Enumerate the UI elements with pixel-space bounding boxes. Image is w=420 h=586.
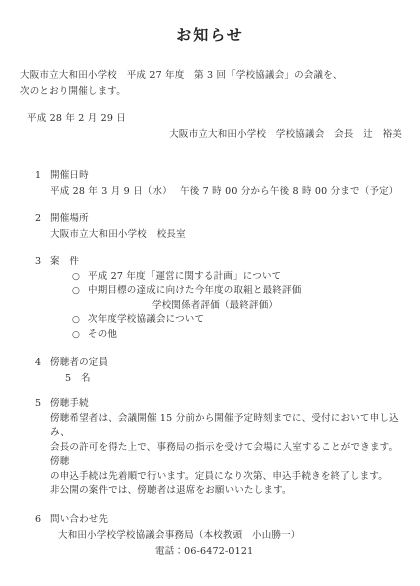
intro-line-1: 大阪市立大和田小学校 平成 27 年度 第 3 回「学校協議会」の会議を、 [20,68,400,84]
section-title: 問い合わせ先 [50,512,108,528]
meeting-place-value: 大阪市立大和田小学校 校長室 [50,227,400,243]
section-title: 傍聴手続 [50,396,89,412]
contact-office-line: 大和田小学校学校協議会事務局（本校教頭 小山勝一） [58,528,400,544]
section-title: 開催場所 [50,211,89,227]
section-observer-procedure: 5 傍聴手続 傍聴希望者は、会議開催 15 分前から開催予定時刻までに、受付にお… [20,396,400,499]
agenda-sub-item-label: 学校関係者評価（最終評価） [152,299,400,314]
section-number: 6 [35,512,50,528]
section-title: 傍聴者の定員 [50,355,108,371]
observer-capacity-value: 5 名 [65,371,400,387]
issuer-signature: 大阪市立大和田小学校 学校協議会 会長 辻 裕美 [20,127,402,143]
section-header: 1 開催日時 [35,168,400,184]
notice-document: お知らせ 大阪市立大和田小学校 平成 27 年度 第 3 回「学校協議会」の会議… [0,0,420,586]
procedure-line: の申込手続は先着順で行います。定員になり次第、申込手続きを終了します。 [50,470,400,485]
agenda-item: ○ 平成 27 年度「運営に関する計画」について [72,270,400,285]
section-number: 3 [35,254,50,270]
section-header: 3 案 件 [35,254,400,270]
agenda-item-label: 中期目標の達成に向けた今年度の取組と最終評価 [88,284,301,299]
section-number: 1 [35,168,50,184]
section-agenda: 3 案 件 ○ 平成 27 年度「運営に関する計画」について ○ 中期目標の達成… [20,254,400,342]
section-header: 2 開催場所 [35,211,400,227]
agenda-item: ○ 次年度学校協議会について [72,313,400,328]
intro-line-2: 次のとおり開催します。 [20,84,400,100]
document-title: お知らせ [20,26,400,44]
agenda-item: ○ 中期目標の達成に向けた今年度の取組と最終評価 [72,284,400,299]
section-header: 6 問い合わせ先 [35,512,400,528]
section-header: 4 傍聴者の定員 [35,355,400,371]
section-meeting-place: 2 開催場所 大阪市立大和田小学校 校長室 [20,211,400,242]
circle-bullet-marker: ○ [72,284,88,299]
section-meeting-datetime: 1 開催日時 平成 28 年 3 月 9 日（水） 午後 7 時 00 分から午… [20,168,400,199]
section-header: 5 傍聴手続 [35,396,400,412]
contact-phone-number: 電話：06-6472-0121 [155,544,400,560]
section-title: 開催日時 [50,168,89,184]
agenda-item: ○ その他 [72,328,400,343]
issue-date: 平成 28 年 2 月 29 日 [27,111,400,127]
meeting-datetime-value: 平成 28 年 3 月 9 日（水） 午後 7 時 00 分から午後 8 時 0… [50,184,400,200]
section-title: 案 件 [50,254,79,270]
intro-paragraph: 大阪市立大和田小学校 平成 27 年度 第 3 回「学校協議会」の会議を、 次の… [20,68,400,100]
circle-bullet-marker: ○ [72,270,88,285]
section-contact: 6 問い合わせ先 大和田小学校学校協議会事務局（本校教頭 小山勝一） 電話：06… [20,512,400,561]
section-number: 5 [35,396,50,412]
agenda-item-label: 次年度学校協議会について [88,313,204,328]
circle-bullet-marker: ○ [72,328,88,343]
section-observer-capacity: 4 傍聴者の定員 5 名 [20,355,400,386]
agenda-list: ○ 平成 27 年度「運営に関する計画」について ○ 中期目標の達成に向けた今年… [72,270,400,343]
section-number: 4 [35,355,50,371]
procedure-line: 傍聴希望者は、会議開催 15 分前から開催予定時刻までに、受付において申し込み、 [50,412,400,441]
agenda-item-label: 平成 27 年度「運営に関する計画」について [88,270,281,285]
procedure-line: 非公開の案件では、傍聴者は退席をお願いいたします。 [50,484,400,499]
procedure-line: 会長の許可を得た上で、事務局の指示を受けて会場に入室することができます。傍聴 [50,441,400,470]
section-number: 2 [35,211,50,227]
circle-bullet-marker: ○ [72,313,88,328]
agenda-item-label: その他 [88,328,117,343]
